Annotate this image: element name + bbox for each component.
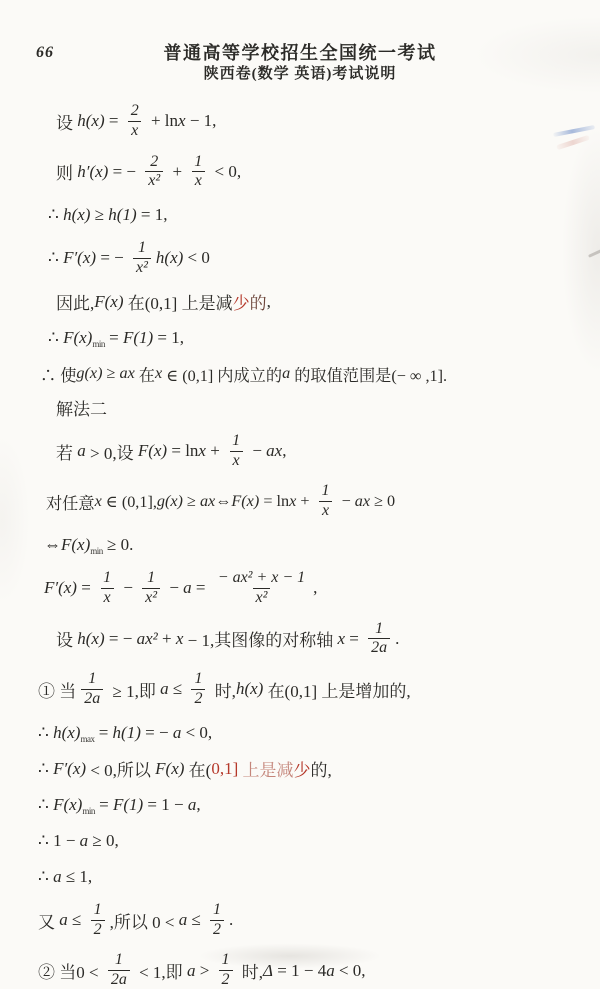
fraction: 1x — [229, 433, 243, 470]
math-token: ∴ — [48, 205, 63, 225]
math-token: a — [173, 723, 182, 743]
math-token: h(1) — [113, 723, 141, 743]
math-token: F′(x) — [44, 578, 77, 598]
math-token: 设 — [56, 109, 77, 134]
math-token: = — [105, 328, 123, 348]
math-token: x — [337, 629, 345, 649]
math-token: ax — [266, 441, 282, 461]
math-token: ∴ — [38, 759, 53, 779]
math-token: g(x) — [76, 364, 102, 383]
scanned-page: 66 普通高等学校招生全国统一考试 陕西卷(数学 英语)考试说明 设 h(x) … — [0, 0, 600, 989]
math-token: ax — [119, 364, 134, 383]
math-token: 上是减 — [238, 756, 293, 781]
math-token: = — [192, 578, 210, 598]
math-token: F(x) — [138, 441, 167, 461]
math-token: = — [94, 723, 112, 743]
math-token: 0,1] — [211, 759, 238, 779]
math-token: Δ — [263, 961, 273, 981]
math-token: , — [282, 441, 286, 461]
math-token: a — [179, 910, 188, 930]
fraction: 2x — [128, 103, 142, 140]
math-token: 的 — [250, 289, 267, 314]
math-token: ∴ — [48, 248, 63, 268]
math-line: ① 当12a ≥ 1,即 a ≤ 12 时,h(x) 在(0,1] 上是增加的, — [0, 668, 600, 711]
math-line: 设 h(x) = − ax² + x − 1,其图像的对称轴 x = 12a. — [0, 618, 600, 661]
math-token: ∈ (0,1], — [102, 492, 157, 512]
math-token: ∴ 使 — [40, 362, 76, 386]
math-token: a — [80, 831, 89, 851]
fraction: 12a — [368, 621, 390, 658]
math-token: 又 — [38, 908, 59, 933]
math-token: ⇔ — [215, 492, 231, 511]
fraction: 12 — [191, 671, 205, 708]
math-line: 则 h′(x) = − 2x² + 1x < 0, — [0, 151, 600, 194]
math-line: 又 a ≤ 12,所以 0 < a ≤ 12. — [0, 899, 600, 942]
math-token: − — [338, 492, 355, 511]
math-line: ② 当0 < 12a < 1,即 a > 12 时,Δ = 1 − 4a < 0… — [0, 949, 600, 989]
math-token: F′(x) — [63, 248, 96, 268]
math-token: 则 — [56, 159, 77, 184]
math-token: F(x) — [94, 292, 123, 312]
math-line: ∴ F(x)min = F(1) = 1, — [0, 324, 600, 352]
fraction: − ax² + x − 1x² — [215, 570, 308, 607]
math-token: F(x) — [155, 759, 184, 779]
math-token: x — [198, 441, 206, 461]
math-token: = — [105, 111, 123, 131]
math-token: = − — [105, 629, 137, 649]
math-token: 在 — [135, 362, 155, 386]
math-token: 设 — [56, 626, 77, 651]
math-token: h(x) — [77, 111, 104, 131]
math-token: = — [345, 629, 363, 649]
math-token: h(x) — [63, 205, 90, 225]
math-token: − — [248, 441, 266, 461]
math-token: 解法二 — [56, 395, 107, 420]
math-token: ,所以 0 < — [110, 908, 179, 933]
math-token: a — [59, 910, 68, 930]
math-line: ∴ h(x)max = h(1) = − a < 0, — [0, 719, 600, 747]
math-token: h(x) — [236, 679, 263, 699]
math-token: a — [282, 364, 290, 383]
math-token: ax — [355, 492, 370, 511]
math-token: ∴ — [48, 328, 63, 348]
math-token: + — [168, 162, 186, 182]
fraction: 2x² — [145, 154, 163, 191]
math-token: h′(x) — [77, 162, 108, 182]
math-token: 对任意 — [46, 490, 95, 514]
math-token: F(x) — [53, 795, 82, 815]
math-line: 对任意x ∈ (0,1],g(x) ≥ ax⇔F(x) = lnx + 1x −… — [0, 480, 600, 523]
exam-subtitle: 陕西卷(数学 英语)考试说明 — [0, 65, 600, 85]
math-line: 解法二 — [0, 394, 600, 422]
page-number: 66 — [36, 44, 54, 62]
math-token: − — [119, 578, 137, 598]
math-token: min — [82, 806, 95, 816]
math-token: < 0, — [335, 961, 366, 981]
math-token: a — [77, 441, 86, 461]
fraction: 1x — [100, 570, 114, 607]
math-token: ∴ — [38, 867, 53, 887]
math-token: > — [195, 961, 213, 981]
math-token: . — [229, 910, 233, 930]
math-token: ≤ 1, — [62, 867, 93, 887]
math-line: 因此,F(x) 在(0,1] 上是减少的, — [0, 288, 600, 316]
fraction: 1x² — [133, 240, 151, 277]
math-token: F(x) — [63, 328, 92, 348]
math-token: h(x) — [77, 629, 104, 649]
math-token: 时, — [210, 677, 236, 702]
math-token: = 1 − — [143, 795, 188, 815]
math-line: ∴ F′(x) < 0,所以 F(x) 在(0,1] 上是减少的, — [0, 755, 600, 783]
math-token: ≥ 0 — [370, 492, 395, 511]
math-token: = — [95, 795, 113, 815]
math-token: h(x) — [53, 723, 80, 743]
math-token: . — [395, 629, 399, 649]
math-token: = — [77, 578, 95, 598]
math-token: ① 当 — [38, 677, 76, 702]
math-token: + — [206, 441, 224, 461]
math-token: = − — [141, 723, 173, 743]
math-token: , — [313, 578, 317, 598]
math-token: a — [188, 795, 197, 815]
math-token: + — [158, 629, 176, 649]
exam-title: 普通高等学校招生全国统一考试 — [0, 42, 600, 65]
math-token: a — [160, 679, 169, 699]
math-token: F′(x) — [53, 759, 86, 779]
math-token: ax² — [137, 629, 158, 649]
math-token: = − — [96, 248, 128, 268]
math-token: 若 — [56, 439, 77, 464]
math-token: ≥ — [102, 364, 119, 383]
math-token: x — [178, 111, 186, 131]
math-token: 在( — [184, 756, 211, 781]
math-token: 的, — [311, 756, 332, 781]
math-token: ≥ — [90, 205, 108, 225]
math-token: + ln — [147, 111, 178, 131]
fraction: 12a — [108, 952, 130, 989]
math-token: < 1,即 — [135, 958, 187, 983]
math-line: ∴ 1 − a ≥ 0, — [0, 827, 600, 855]
math-token: > 0,设 — [86, 439, 138, 464]
math-token: , — [267, 292, 271, 312]
math-token: F(x) — [61, 535, 90, 555]
math-token: h(x) — [156, 248, 183, 268]
math-token: ∴ 1 − — [38, 831, 80, 851]
math-token: 在(0,1] 上是减 — [124, 289, 233, 314]
math-token: 少 — [294, 756, 311, 781]
math-token: min — [90, 546, 103, 556]
math-token: ⇔ — [44, 535, 61, 555]
fraction: 12 — [210, 902, 224, 939]
math-token: h(1) — [108, 205, 136, 225]
math-token: < 0, — [210, 162, 241, 182]
fraction: 1x — [319, 483, 333, 520]
math-token: a — [53, 867, 62, 887]
math-token: x — [95, 492, 102, 511]
math-token: + — [296, 492, 313, 511]
math-token: < 0 — [183, 248, 210, 268]
fraction: 1x — [191, 154, 205, 191]
math-token: x — [289, 492, 296, 511]
math-token: = 1, — [137, 205, 168, 225]
math-token: ≥ 0, — [88, 831, 119, 851]
math-token: − 1,其图像的对称轴 — [183, 626, 337, 651]
math-token: F(x) — [231, 492, 259, 511]
math-token: F(1) — [123, 328, 153, 348]
math-token: ≤ — [187, 910, 205, 930]
math-token: = 1 − 4 — [273, 961, 326, 981]
math-token: max — [80, 734, 94, 744]
math-token: ≥ 0. — [103, 535, 134, 555]
math-token: F(1) — [113, 795, 143, 815]
math-line: ⇔F(x)min ≥ 0. — [0, 531, 600, 559]
math-token: x — [176, 629, 184, 649]
math-token: ≤ — [169, 679, 187, 699]
fraction: 12 — [219, 952, 233, 989]
math-token: = ln — [167, 441, 198, 461]
math-line: ∴ F(x)min = F(1) = 1 − a, — [0, 791, 600, 819]
math-token: 在(0,1] 上是增加的, — [263, 677, 410, 702]
math-token: = − — [108, 162, 140, 182]
math-token: 时, — [238, 958, 264, 983]
math-token: 的取值范围是(− ∞ ,1]. — [290, 362, 447, 386]
math-line: ∴ h(x) ≥ h(1) = 1, — [0, 201, 600, 229]
math-token: , — [196, 795, 200, 815]
math-line: ∴ a ≤ 1, — [0, 863, 600, 891]
math-token: − 1, — [186, 111, 217, 131]
math-token: ≥ — [183, 492, 200, 511]
math-token: ∈ (0,1] 内成立的 — [162, 362, 282, 386]
math-token: x — [155, 364, 162, 383]
math-line: ∴ 使g(x) ≥ ax 在x ∈ (0,1] 内成立的a 的取值范围是(− ∞… — [0, 360, 600, 388]
math-line: 若 a > 0,设 F(x) = lnx + 1x − ax, — [0, 430, 600, 473]
math-token: − — [165, 578, 183, 598]
math-token: ② 当0 < — [38, 958, 103, 983]
solution-lines: 设 h(x) = 2x + lnx − 1,则 h′(x) = − 2x² + … — [0, 100, 600, 989]
math-token: a — [183, 578, 192, 598]
math-line: ∴ F′(x) = − 1x²h(x) < 0 — [0, 237, 600, 280]
math-token: < 0,所以 — [86, 756, 155, 781]
page-header: 66 普通高等学校招生全国统一考试 陕西卷(数学 英语)考试说明 — [0, 0, 600, 84]
math-token: < 0, — [181, 723, 212, 743]
math-token: ∴ — [38, 723, 53, 743]
math-token: = 1, — [153, 328, 184, 348]
fraction: 12 — [91, 902, 105, 939]
math-line: F′(x) = 1x − 1x² − a = − ax² + x − 1x², — [0, 567, 600, 610]
math-token: 因此, — [56, 289, 94, 314]
math-token: = ln — [259, 492, 289, 511]
math-line: 设 h(x) = 2x + lnx − 1, — [0, 100, 600, 143]
math-token: ∴ — [38, 795, 53, 815]
math-token: 少 — [233, 289, 250, 314]
math-token: a — [326, 961, 335, 981]
math-token: min — [92, 339, 105, 349]
math-token: g(x) — [157, 492, 183, 511]
math-token: a — [187, 961, 196, 981]
math-token: ≤ — [68, 910, 86, 930]
fraction: 12a — [81, 671, 103, 708]
math-token: ≥ 1,即 — [108, 677, 160, 702]
math-token: ax — [200, 492, 215, 511]
fraction: 1x² — [142, 570, 160, 607]
